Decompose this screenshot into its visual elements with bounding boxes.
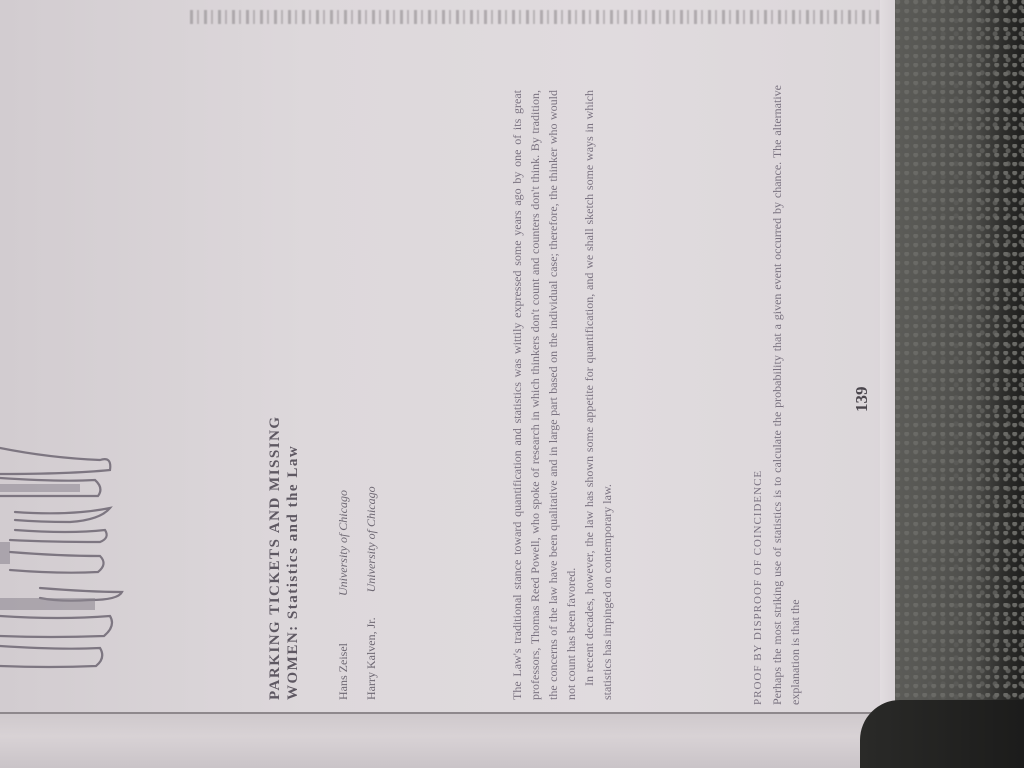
page-number: 139 [852,387,872,413]
author-1: Hans Zeisel University of Chicago [336,490,350,700]
author-affiliation: University of Chicago [364,486,378,592]
author-2: Harry Kalven, Jr. University of Chicago [364,486,378,700]
title-line-2: WOMEN: Statistics and the Law [284,415,302,700]
page-fold-edge [0,712,880,768]
body-text: The Law's traditional stance toward quan… [508,90,616,700]
author-name: Hans Zeisel [336,643,350,700]
paragraph: In recent decades, however, the law has … [580,90,616,700]
author-name: Harry Kalven, Jr. [364,617,378,700]
section-heading: PROOF BY DISPROOF OF COINCIDENCE [752,470,764,705]
background-fabric-shadow [860,700,1024,768]
author-affiliation: University of Chicago [336,490,350,596]
paragraph: The Law's traditional stance toward quan… [508,90,580,700]
bleed-through-text [190,10,910,24]
hands-sketch-illustration [0,430,130,680]
section-text: Perhaps the most striking use of statist… [768,85,804,705]
title-line-1: PARKING TICKETS AND MISSING [266,415,284,700]
article-title: PARKING TICKETS AND MISSING WOMEN: Stati… [266,415,302,700]
background-fabric [895,0,1024,768]
